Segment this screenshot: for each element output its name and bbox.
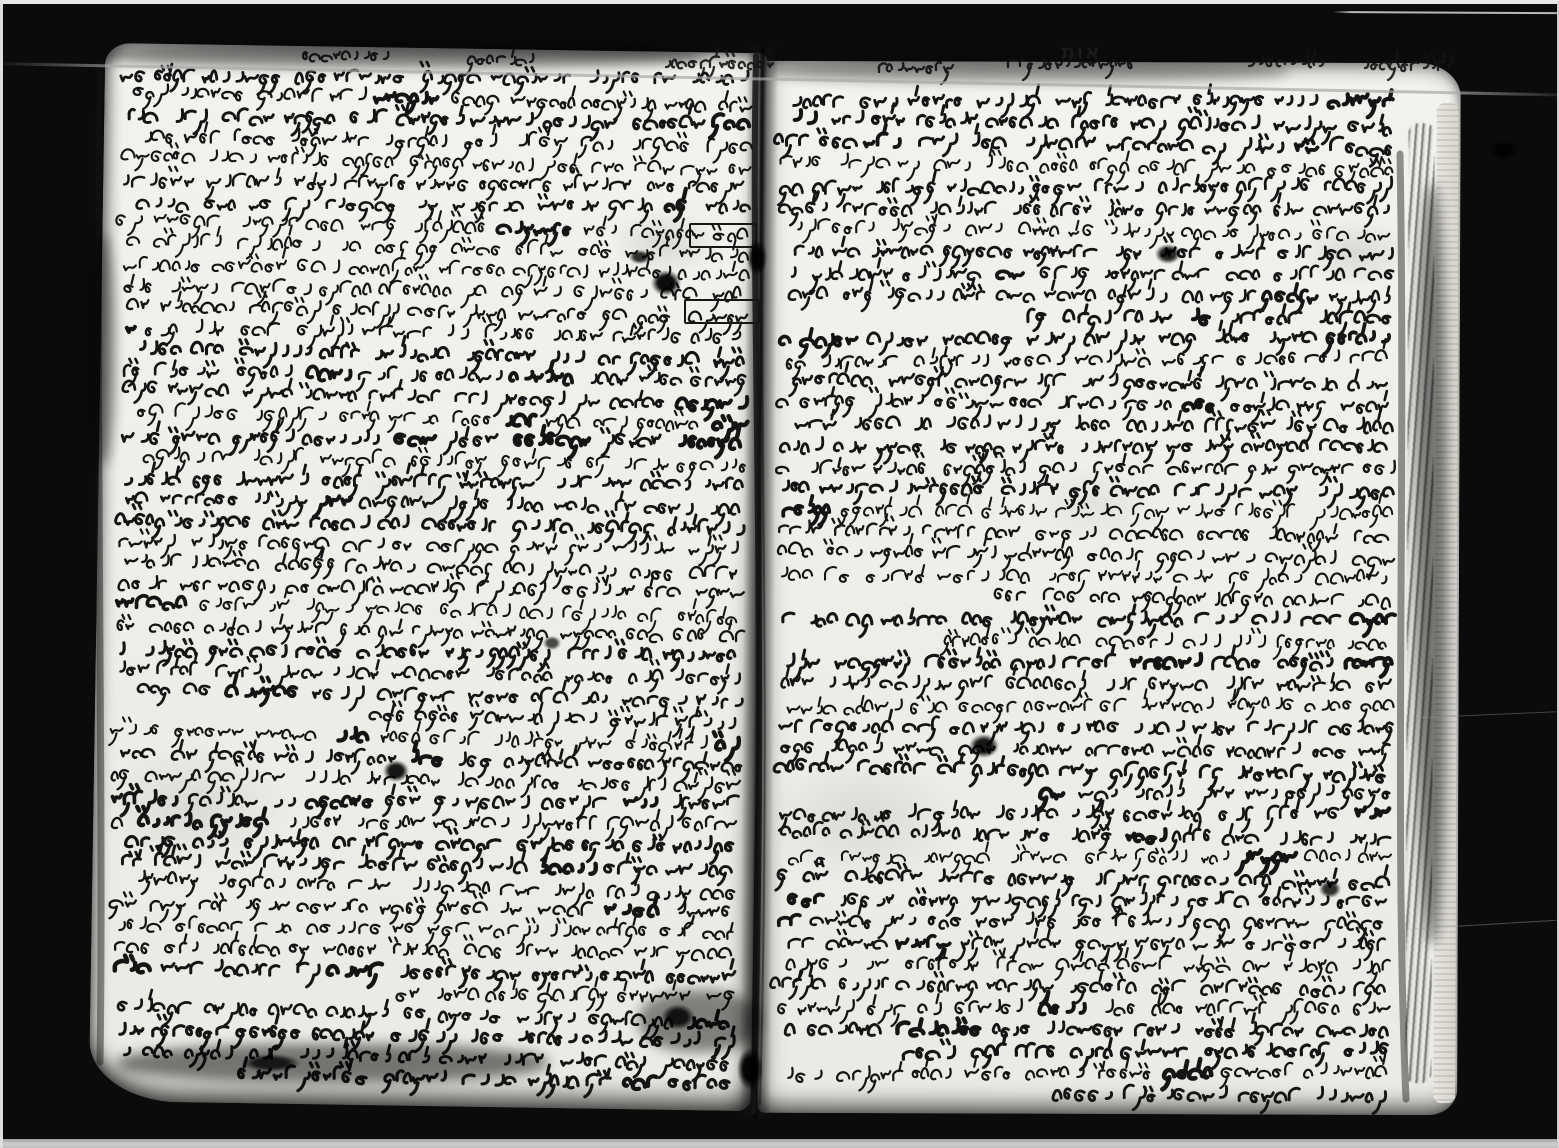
- handwriting-stroke: [776, 385, 1387, 423]
- handwriting-stroke: [116, 595, 185, 610]
- handwriting-stroke: [779, 915, 800, 926]
- handwriting-stroke: [1356, 807, 1389, 817]
- handwriting-stroke: [121, 635, 735, 673]
- handwriting-line: [994, 584, 1390, 618]
- handwriting-line: [774, 751, 1385, 794]
- handwriting-stroke: [997, 271, 1023, 278]
- handwriting-stroke: [779, 515, 1388, 552]
- right-page-handwriting: [757, 61, 1461, 1115]
- handwriting-line: [778, 169, 1392, 207]
- handwriting-stroke: [786, 946, 1389, 984]
- handwriting-stroke: [788, 646, 1332, 680]
- handwriting-stroke: [796, 408, 1393, 443]
- handwriting-stroke: [1236, 850, 1296, 874]
- handwriting-stroke: [1328, 90, 1392, 117]
- handwriting-stroke: [1132, 654, 1392, 677]
- handwriting-line: [779, 797, 1389, 832]
- handwriting-stroke: [789, 926, 1385, 962]
- handwriting-line: [776, 856, 1389, 901]
- handwriting-line: [788, 646, 1392, 680]
- handwriting-line: [129, 97, 750, 142]
- handwriting-stroke: [1079, 778, 1389, 811]
- handwriting-stroke: [115, 931, 731, 970]
- handwriting-stroke: [118, 571, 743, 609]
- handwriting-stroke: [413, 742, 441, 766]
- handwriting-line: [1028, 302, 1390, 336]
- manuscript-photo: אות: [0, 0, 1559, 1148]
- handwriting-stroke: [606, 894, 658, 916]
- handwriting-stroke: [778, 169, 1392, 207]
- film-scratch-line: [1333, 11, 1559, 14]
- handwriting-stroke: [779, 191, 1389, 227]
- handwriting-stroke: [1351, 614, 1395, 636]
- handwriting-stroke: [1053, 1085, 1386, 1114]
- handwriting-stroke: [1039, 789, 1063, 810]
- handwriting-line: [115, 931, 731, 970]
- handwriting-line: [116, 584, 737, 635]
- handwriting-stroke: [783, 496, 829, 525]
- handwriting-line: [781, 664, 1390, 703]
- handwriting-stroke: [710, 114, 749, 138]
- handwriting-stroke: [139, 862, 735, 912]
- handwriting-stroke: [787, 687, 1393, 726]
- handwriting-stroke: [842, 883, 1386, 918]
- handwriting-stroke: [789, 894, 823, 906]
- left-page: [89, 43, 768, 1111]
- handwriting-line: [779, 515, 1388, 552]
- handwriting-stroke: [897, 1018, 979, 1036]
- handwriting-line: [783, 605, 1395, 637]
- handwriting-line: [770, 966, 1385, 1007]
- handwriting-stroke: [1260, 283, 1317, 313]
- handwriting-line: [114, 948, 735, 994]
- handwriting-stroke: [1162, 1059, 1211, 1089]
- handwriting-line: [137, 187, 750, 223]
- handwriting-stroke: [781, 664, 1390, 703]
- handwriting-stroke: [795, 110, 817, 123]
- handwriting-stroke: [780, 433, 1386, 464]
- handwriting-stroke: [226, 675, 297, 707]
- handwriting-stroke: [781, 731, 1389, 768]
- handwriting-stroke: [994, 584, 1390, 618]
- handwriting-line: [779, 710, 1392, 747]
- handwriting-line: [238, 1058, 729, 1101]
- handwriting-stroke: [774, 751, 1385, 794]
- handwriting-line: [787, 687, 1393, 726]
- section-label: אות: [1061, 40, 1101, 64]
- handwriting-line: [780, 433, 1386, 464]
- handwriting-stroke: [811, 904, 1382, 941]
- handwriting-stroke: [897, 936, 950, 960]
- handwriting-stroke: [121, 737, 742, 782]
- scan-bottom-strip: [0, 1139, 1559, 1148]
- handwriting-stroke: [137, 807, 267, 839]
- left-page-handwriting: [89, 43, 768, 1111]
- handwriting-stroke: [122, 372, 663, 420]
- handwriting-line: [786, 946, 1389, 984]
- handwriting-stroke: [119, 528, 738, 567]
- handwriting-line: [783, 472, 1393, 511]
- handwriting-stroke: [776, 856, 1389, 901]
- handwriting-stroke: [792, 257, 1393, 291]
- handwriting-line: [780, 320, 1390, 358]
- handwriting-line: [118, 571, 743, 609]
- handwriting-line: [776, 385, 1387, 423]
- handwriting-stroke: [497, 222, 570, 246]
- handwriting-stroke: [1127, 829, 1166, 844]
- handwriting-line: [792, 257, 1393, 291]
- handwriting-stroke: [676, 395, 747, 421]
- handwriting-line: [789, 276, 1390, 315]
- handwriting-line: [1053, 1085, 1386, 1114]
- handwriting-stroke: [770, 966, 1385, 1007]
- handwriting-line: [781, 814, 1391, 856]
- ink-blotch: [1491, 140, 1517, 160]
- handwriting-stroke: [1183, 400, 1212, 412]
- handwriting-stroke: [689, 1010, 729, 1029]
- handwriting-line: [781, 731, 1389, 768]
- handwriting-line: [941, 627, 1386, 660]
- handwriting-stroke: [1193, 309, 1209, 324]
- handwriting-stroke: [783, 472, 1393, 511]
- handwriting-line: [779, 191, 1389, 227]
- handwriting-line: [796, 408, 1393, 443]
- handwriting-stroke: [137, 193, 750, 223]
- handwriting-stroke: [314, 496, 351, 518]
- handwriting-stroke: [666, 189, 686, 221]
- handwriting-line: [794, 101, 1390, 145]
- handwriting-line: [794, 84, 1393, 118]
- handwriting-stroke: [838, 492, 1392, 530]
- handwriting-stroke: [624, 1076, 656, 1090]
- handwriting-line: [789, 926, 1385, 962]
- handwriting-line: [121, 635, 735, 673]
- handwriting-line: [778, 992, 1389, 1027]
- handwriting-stroke: [127, 327, 135, 332]
- handwriting-line: [139, 862, 735, 912]
- handwriting-line: [789, 883, 1386, 919]
- handwriting-stroke: [794, 84, 1317, 117]
- handwriting-line: [119, 528, 738, 567]
- handwriting-stroke: [109, 713, 707, 763]
- handwriting-stroke: [941, 627, 1386, 660]
- handwriting-stroke: [779, 710, 1392, 747]
- right-page: [757, 61, 1461, 1115]
- handwriting-stroke: [783, 605, 1340, 637]
- handwriting-stroke: [781, 814, 1391, 856]
- handwriting-stroke: [395, 425, 740, 460]
